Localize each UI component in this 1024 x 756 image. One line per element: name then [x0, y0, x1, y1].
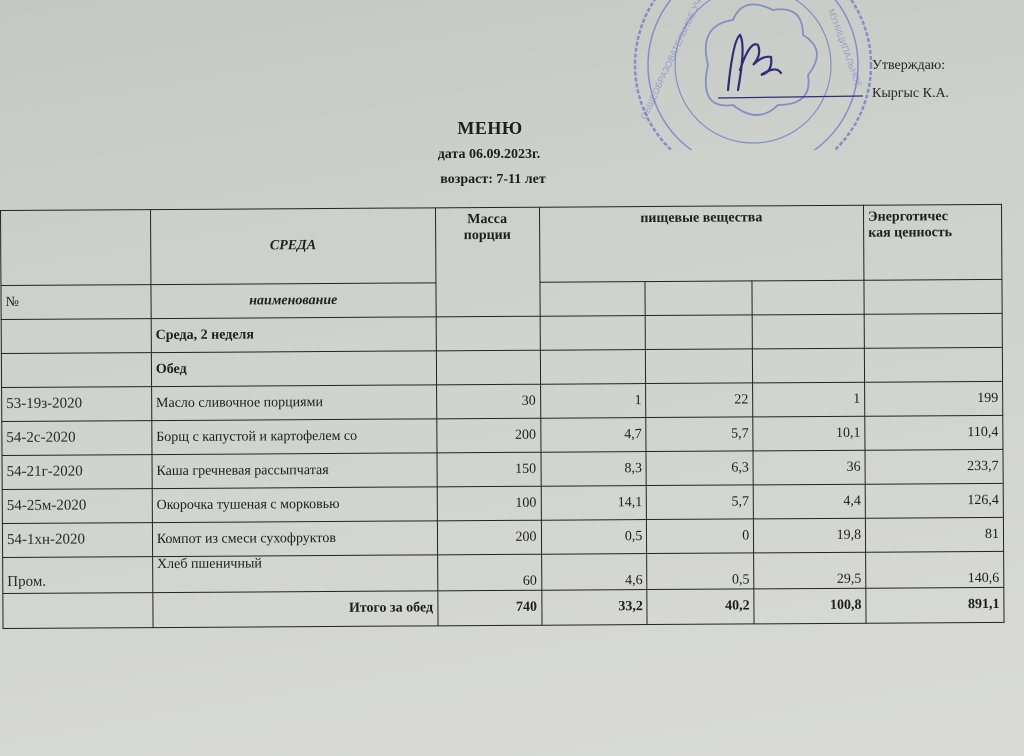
dish-protein: 1 — [540, 384, 646, 419]
dish-carbs: 36 — [753, 450, 865, 485]
dish-protein: 8,3 — [541, 452, 647, 487]
dish-mass: 200 — [437, 520, 541, 555]
dish-fat: 0,5 — [647, 553, 754, 590]
dish-energy: 126,4 — [865, 483, 1003, 518]
dish-fat: 6,3 — [646, 451, 753, 486]
dish-protein: 4,6 — [541, 554, 647, 591]
dish-carbs: 1 — [753, 382, 865, 417]
dish-name: Масло сливочное порциями — [151, 385, 436, 421]
dish-code: Пром. — [3, 557, 153, 594]
dish-mass: 60 — [437, 554, 541, 591]
total-protein: 33,2 — [541, 590, 647, 626]
header-mass: Масса порции — [435, 207, 540, 317]
dish-code: 54-25м-2020 — [2, 489, 152, 524]
header-day: СРЕДА — [150, 208, 435, 285]
table-row: Пром. Хлеб пшеничный 60 4,6 0,5 29,5 140… — [3, 551, 1004, 593]
dish-protein: 0,5 — [541, 520, 647, 555]
menu-table: СРЕДА Масса порции пищевые вещества Энер… — [0, 204, 1005, 629]
dish-energy: 110,4 — [865, 415, 1003, 450]
dish-code: 54-2с-2020 — [2, 421, 152, 456]
dish-fat: 5,7 — [646, 417, 753, 452]
dish-name: Окорочка тушеная с морковью — [152, 487, 437, 523]
dish-mass: 150 — [437, 452, 541, 487]
dish-carbs: 10,1 — [753, 416, 865, 451]
menu-header: МЕНЮ дата 06.09.2023г. возраст: 7-11 лет — [400, 118, 590, 188]
dish-carbs: 19,8 — [754, 518, 866, 553]
approval-signatory: Кыргыс К.А. — [872, 80, 949, 108]
header-cell-empty — [1, 210, 151, 286]
dish-name: Борщ с капустой и картофелем со — [152, 419, 437, 455]
header-energy-sub — [864, 279, 1002, 314]
total-carbs: 100,8 — [754, 588, 866, 624]
dish-fat: 22 — [646, 383, 753, 418]
table-header-row: СРЕДА Масса порции пищевые вещества Энер… — [1, 204, 1002, 285]
dish-carbs: 4,4 — [753, 484, 865, 519]
page-title: МЕНЮ — [390, 118, 590, 139]
header-name: наименование — [151, 283, 436, 319]
dish-protein: 4,7 — [540, 418, 646, 453]
header-protein — [539, 282, 645, 317]
dish-code: 54-1хн-2020 — [2, 523, 152, 558]
dish-carbs: 29,5 — [754, 552, 866, 589]
dish-name: Хлеб пшеничный — [152, 555, 437, 593]
dish-energy: 199 — [865, 381, 1003, 416]
dish-code: 53-19з-2020 — [2, 387, 152, 422]
dish-code: 54-21г-2020 — [2, 455, 152, 490]
dish-name: Компот из смеси сухофруктов — [152, 521, 437, 557]
menu-age: возраст: 7-11 лет — [396, 172, 590, 188]
dish-energy: 233,7 — [865, 449, 1003, 484]
header-energy: Энерготичес кая ценность — [864, 204, 1002, 280]
approval-label: Утверждаю: — [872, 52, 949, 80]
dish-fat: 5,7 — [647, 485, 754, 520]
total-energy: 891,1 — [866, 587, 1004, 623]
dish-mass: 30 — [436, 384, 540, 419]
svg-text:МУНИЦИПАЛЬНОЕ: МУНИЦИПАЛЬНОЕ — [826, 7, 864, 89]
menu-date: дата 06.09.2023г. — [388, 147, 590, 163]
official-stamp-icon: ОБЩЕОБРАЗОВАТЕЛЬНОЕ УЧРЕЖДЕНИЕ МУНИЦИПАЛ… — [628, 0, 878, 150]
dish-mass: 200 — [436, 418, 540, 453]
total-label: Итого за обед — [153, 591, 438, 628]
svg-text:ОБЩЕОБРАЗОВАТЕЛЬНОЕ УЧРЕЖДЕНИЕ: ОБЩЕОБРАЗОВАТЕЛЬНОЕ УЧРЕЖДЕНИЕ — [639, 0, 726, 121]
dish-energy: 140,6 — [866, 551, 1004, 588]
dish-protein: 14,1 — [541, 486, 647, 521]
dish-fat: 0 — [647, 519, 754, 554]
header-carbs — [752, 280, 864, 315]
header-number: № — [1, 285, 151, 320]
total-row: Итого за обед 740 33,2 40,2 100,8 891,1 — [3, 587, 1004, 628]
approval-block: Утверждаю: Кыргыс К.А. — [872, 52, 949, 108]
dish-energy: 81 — [865, 517, 1003, 552]
header-nutrients: пищевые вещества — [539, 205, 864, 282]
dish-name: Каша гречневая рассыпчатая — [152, 453, 437, 489]
total-mass: 740 — [437, 590, 541, 626]
total-fat: 40,2 — [647, 589, 754, 625]
header-fat — [645, 281, 752, 316]
section-label: Среда, 2 неделя — [151, 317, 436, 353]
document-page: ОБЩЕОБРАЗОВАТЕЛЬНОЕ УЧРЕЖДЕНИЕ МУНИЦИПАЛ… — [0, 0, 1024, 756]
dish-mass: 100 — [437, 486, 541, 521]
section-label: Обед — [151, 351, 436, 387]
